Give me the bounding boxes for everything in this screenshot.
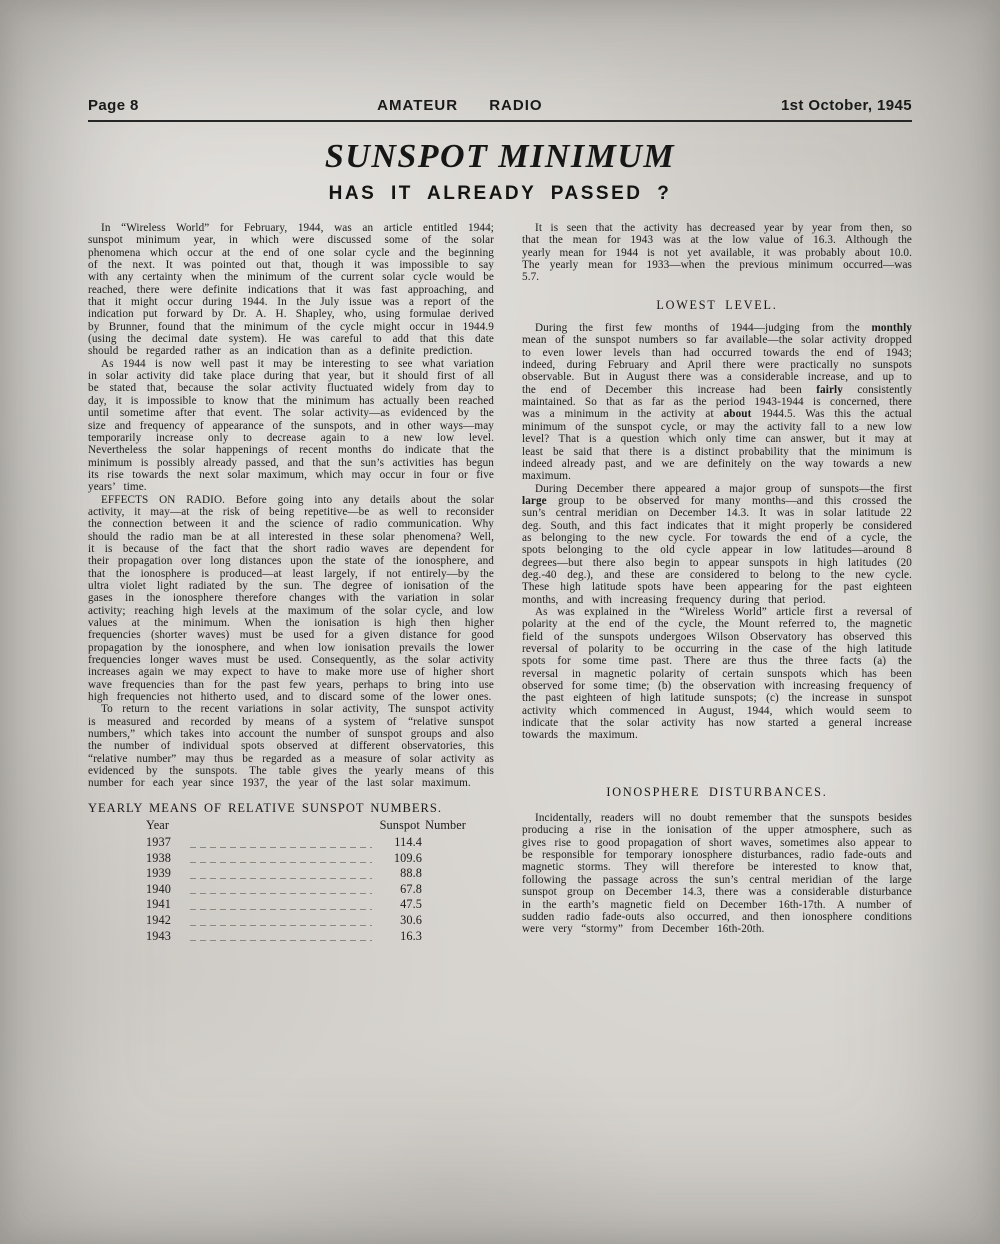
year-cell: 1942: [146, 913, 182, 929]
year-cell: 1940: [146, 882, 182, 898]
paragraph-intro-1944-article: In “Wireless World” for February, 1944, …: [88, 222, 494, 358]
table-row: 194147.5: [146, 897, 422, 913]
paragraph-text: During December there appeared a major g…: [535, 483, 912, 495]
table-header-row: Year Sunspot Number: [146, 818, 466, 834]
paragraph-text: As 1944 is now well past it may be inter…: [88, 358, 494, 493]
dotted-leader: [190, 909, 372, 910]
section-heading-lowest-level: LOWEST LEVEL.: [522, 299, 912, 311]
paragraph-relative-sunspot-numbers: To return to the recent variations in so…: [88, 703, 494, 789]
paragraph-monthly-means: During the first few months of 1944—judg…: [522, 322, 912, 482]
paragraph-activity-decreased: It is seen that the activity has decreas…: [522, 222, 912, 284]
bold-text: monthly: [872, 322, 913, 334]
bold-text: fairly: [816, 384, 843, 396]
bold-text: about: [724, 408, 752, 420]
value-cell: 114.4: [380, 835, 422, 851]
header-rule: [88, 120, 912, 122]
paragraph-text: During the first few months of 1944—judg…: [535, 322, 872, 334]
table-row: 194230.6: [146, 913, 422, 929]
table-row: 193988.8: [146, 866, 422, 882]
right-column: It is seen that the activity has decreas…: [522, 222, 912, 944]
dotted-leader: [190, 862, 372, 863]
article-title: SUNSPOT MINIMUM: [88, 138, 912, 176]
dotted-leader: [190, 925, 372, 926]
paragraph-text: To return to the recent variations in so…: [88, 703, 494, 789]
paragraph-text: In “Wireless World” for February, 1944, …: [88, 222, 494, 357]
article-subtitle: HAS IT ALREADY PASSED ?: [88, 183, 912, 205]
column-header-sunspot-number: Sunspot Number: [380, 818, 466, 834]
paragraph-polarity-reversal: As was explained in the “Wireless World”…: [522, 606, 912, 742]
paragraph-effects-on-radio: EFFECTS ON RADIO. Before going into any …: [88, 494, 494, 704]
bold-text: large: [522, 495, 547, 507]
year-cell: 1941: [146, 897, 182, 913]
section-heading-ionosphere-disturbances: IONOSPHERE DISTURBANCES.: [522, 786, 912, 798]
table-title: YEARLY MEANS OF RELATIVE SUNSPOT NUMBERS…: [88, 801, 494, 817]
paragraph-1944-variation: As 1944 is now well past it may be inter…: [88, 358, 494, 494]
paragraph-ionosphere-disturbances: Incidentally, readers will no doubt reme…: [522, 812, 912, 935]
masthead: AMATEUR RADIO: [377, 97, 542, 114]
value-cell: 67.8: [380, 882, 422, 898]
value-cell: 47.5: [380, 897, 422, 913]
table-row: 194316.3: [146, 929, 422, 945]
dotted-leader: [190, 878, 372, 879]
page-content: Page 8 AMATEUR RADIO 1st October, 1945 S…: [88, 97, 912, 944]
value-cell: 16.3: [380, 929, 422, 945]
table-inner: Year Sunspot Number 1937114.4 1938109.6 …: [146, 818, 466, 944]
table-row: 1937114.4: [146, 835, 422, 851]
paragraph-text: It is seen that the activity has decreas…: [522, 222, 912, 283]
page-header: Page 8 AMATEUR RADIO 1st October, 1945: [88, 97, 912, 114]
dotted-leader: [190, 940, 372, 941]
issue-date: 1st October, 1945: [781, 97, 912, 114]
paragraph-text: As was explained in the “Wireless World”…: [522, 606, 912, 741]
dotted-leader: [190, 847, 372, 848]
year-cell: 1938: [146, 851, 182, 867]
article-body: In “Wireless World” for February, 1944, …: [88, 222, 912, 944]
value-cell: 109.6: [380, 851, 422, 867]
value-cell: 88.8: [380, 866, 422, 882]
year-cell: 1939: [146, 866, 182, 882]
column-header-year: Year: [146, 818, 169, 834]
sunspot-table: YEARLY MEANS OF RELATIVE SUNSPOT NUMBERS…: [88, 801, 494, 944]
magazine-page-scan: Page 8 AMATEUR RADIO 1st October, 1945 S…: [0, 0, 1000, 1244]
year-cell: 1937: [146, 835, 182, 851]
paragraph-text: group to be observed for many months—and…: [522, 495, 912, 606]
paragraph-text: Incidentally, readers will no doubt reme…: [522, 812, 912, 935]
table-row: 194067.8: [146, 882, 422, 898]
table-row: 1938109.6: [146, 851, 422, 867]
left-column: In “Wireless World” for February, 1944, …: [88, 222, 494, 944]
page-number: Page 8: [88, 97, 139, 114]
value-cell: 30.6: [380, 913, 422, 929]
paragraph-text: EFFECTS ON RADIO. Before going into any …: [88, 494, 494, 704]
year-cell: 1943: [146, 929, 182, 945]
paragraph-december-group: During December there appeared a major g…: [522, 483, 912, 606]
dotted-leader: [190, 893, 372, 894]
